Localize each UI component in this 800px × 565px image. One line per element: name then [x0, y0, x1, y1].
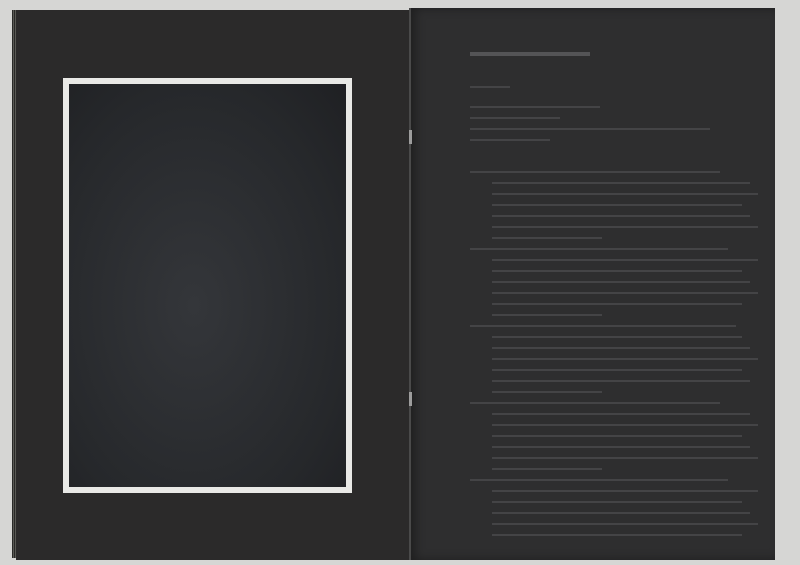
text-line [470, 479, 728, 481]
heading-placeholder [470, 52, 590, 56]
text-line [492, 204, 742, 206]
text-line [492, 490, 758, 492]
text-line [492, 413, 750, 415]
text-line [492, 336, 742, 338]
text-line [470, 171, 720, 173]
text-line [470, 106, 600, 108]
text-line [492, 424, 758, 426]
text-line [470, 128, 710, 130]
text-line [470, 248, 728, 250]
text-line [492, 380, 750, 382]
text-line [492, 523, 758, 525]
text-line [470, 139, 550, 141]
text-line [470, 86, 510, 88]
text-line [492, 193, 758, 195]
text-line [492, 237, 602, 239]
text-line [492, 512, 750, 514]
text-line [492, 446, 750, 448]
text-line [492, 534, 742, 536]
text-line [492, 182, 750, 184]
text-line [492, 281, 750, 283]
text-line [492, 358, 758, 360]
text-line [492, 292, 758, 294]
gutter [409, 8, 411, 560]
text-line [470, 117, 560, 119]
text-line [492, 347, 750, 349]
text-line [492, 270, 742, 272]
text-line [492, 226, 758, 228]
photograph [69, 84, 346, 487]
staple-bottom [409, 392, 412, 406]
text-line [492, 391, 602, 393]
text-line [492, 468, 602, 470]
staple-top [409, 130, 412, 144]
text-line [492, 435, 742, 437]
text-line [492, 501, 742, 503]
text-line [492, 457, 758, 459]
text-line [492, 215, 750, 217]
text-line [492, 314, 602, 316]
illegible-text-block [470, 52, 750, 545]
text-line [492, 369, 742, 371]
text-line [492, 259, 758, 261]
text-line [492, 303, 742, 305]
text-line [470, 325, 736, 327]
photo-frame [63, 78, 352, 493]
text-line [470, 402, 720, 404]
